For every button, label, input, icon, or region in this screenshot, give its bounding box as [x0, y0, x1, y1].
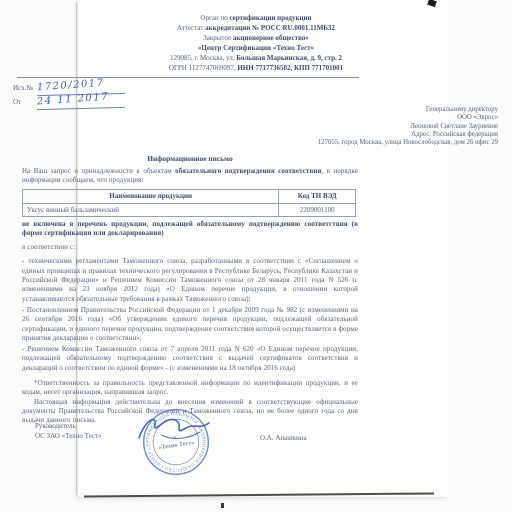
org-address: 129085, г. Москва, ул. — [170, 54, 236, 62]
org-ogrn: ОГРН 1127747069097, — [169, 64, 238, 72]
letter-title: Информационное письмо — [22, 154, 358, 163]
legal-references: - техническими регламентами Таможенного … — [22, 257, 358, 373]
conclusion-paragraph: не включена в перечень продукции, подлеж… — [22, 220, 358, 239]
intro-text-bold: обязательного подтверждения соответствия — [175, 167, 321, 175]
org-inn-kpp: ИНН 7717736502, КПП 771701001 — [237, 64, 343, 72]
recipient-line: Генеральному директору — [248, 106, 498, 114]
org-header-text-bold: сертификации продукции — [229, 14, 311, 22]
org-header-line: Закрытое акционерное общество» — [0, 33, 512, 43]
handwritten-signature — [134, 412, 216, 444]
org-header-line: «Центр Сертификации «Техно Тест» — [0, 43, 512, 53]
reference-block: Исх.№ 1720/2017 От 24 11 2017 — [13, 82, 109, 110]
intro-text: На Ваш запрос о принадлежности к объекта… — [22, 167, 175, 175]
signatory-name: О.А. Анашкина — [260, 434, 307, 442]
org-header-text: Аттестат — [177, 24, 205, 32]
intro-paragraph: На Ваш запрос о принадлежности к объекта… — [22, 167, 358, 186]
column-header-tnved-code: Код ТН ВЭД — [279, 189, 356, 203]
note-paragraph: *Ответственность за правильность предста… — [22, 379, 358, 398]
product-table: Наименование продукции Код ТН ВЭД Уксус … — [22, 189, 356, 217]
outgoing-number-value: 1720/2017 — [36, 78, 104, 94]
date-row: От 24 11 2017 — [13, 96, 109, 110]
org-name: «Центр Сертификации «Техно Тест» — [198, 44, 314, 52]
legal-item: - Решением Комиссии Таможенного союза от… — [22, 345, 358, 373]
org-header-line: Орган по сертификации продукции — [0, 13, 512, 23]
outgoing-number-label: Исх.№ — [13, 84, 35, 92]
column-header-product-name: Наименование продукции — [23, 189, 279, 203]
signature-role: Руководитель — [35, 421, 102, 431]
letter-body: Информационное письмо На Ваш запрос о пр… — [22, 154, 358, 426]
org-header-text: Закрытое — [203, 34, 233, 42]
signature-role-block: Руководитель ОС ЗАО «Техно Тест» — [35, 421, 102, 441]
recipient-line: Адрес: Российская федерация — [248, 131, 498, 139]
signature-org: ОС ЗАО «Техно Тест» — [35, 431, 102, 441]
org-address-bold: Большая Марьинская, д. 9, стр. 2 — [236, 54, 342, 62]
org-header-text-bold: акционерное общество» — [233, 34, 309, 42]
recipient-line: 127055, город Москва, улица Новослободск… — [248, 139, 498, 147]
org-header-line: 129085, г. Москва, ул. Большая Марьинска… — [0, 53, 512, 63]
recipient-line: Леоновой Светлане Зауриевне — [248, 123, 498, 131]
signature-strokes-icon — [134, 412, 216, 444]
accreditation-number: аккредитации № РОСС RU.0001.11МБ32 — [205, 24, 335, 32]
table-row: Уксус винный бальзамический 2209001100 — [23, 203, 356, 216]
legal-item: - техническими регламентами Таможенного … — [22, 257, 358, 303]
according-to-line: в соответствии с: — [22, 243, 358, 252]
header-divider — [17, 77, 359, 78]
table-header-row: Наименование продукции Код ТН ВЭД — [23, 189, 356, 203]
org-header-text: Орган по — [200, 14, 229, 22]
recipient-block: Генеральному директору ООО «Эврос» Леоно… — [248, 106, 498, 147]
date-label: От — [13, 98, 35, 106]
org-header-line: ОГРН 1127747069097, ИНН 7717736502, КПП … — [0, 63, 512, 73]
org-letterhead: Орган по сертификации продукции Аттестат… — [0, 13, 512, 73]
legal-item: - Постановлением Правительства Российско… — [22, 306, 358, 343]
org-header-line: Аттестат аккредитации № РОСС RU.0001.11М… — [0, 23, 512, 33]
recipient-line: ООО «Эврос» — [248, 114, 498, 122]
scan-artifact — [221, 503, 224, 508]
product-name-cell: Уксус винный бальзамический — [23, 203, 279, 216]
product-code-cell: 2209001100 — [279, 203, 356, 216]
